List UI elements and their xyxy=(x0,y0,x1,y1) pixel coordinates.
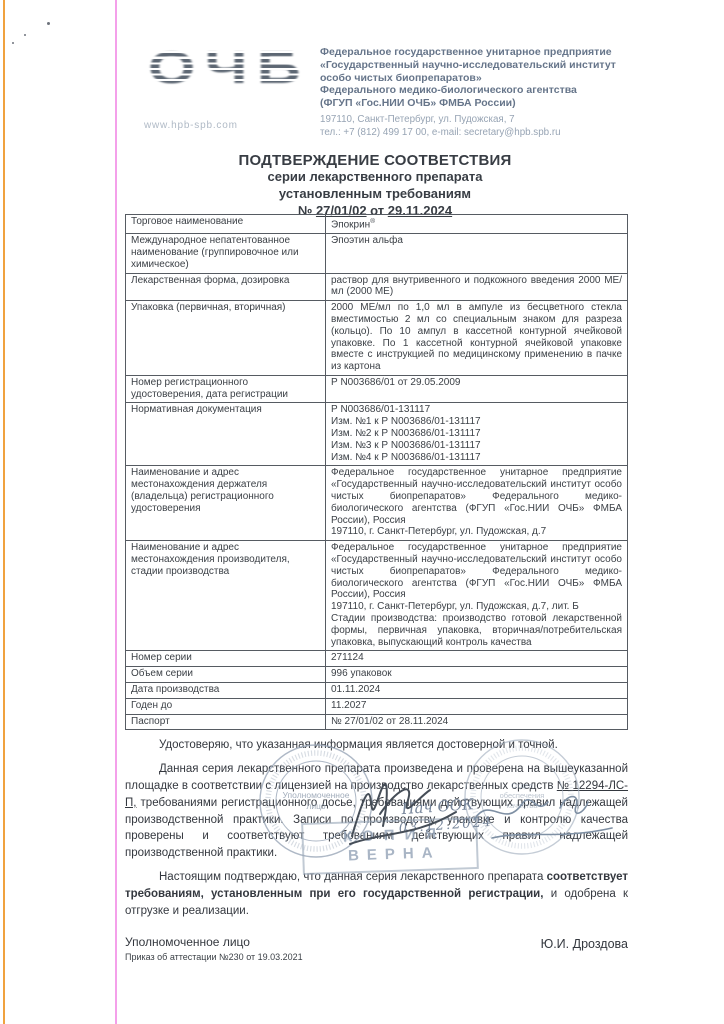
authorized-person-role: Уполномоченное лицо xyxy=(125,935,303,949)
certify-paragraph-3: Настоящим подтверждаю, что данная серия … xyxy=(125,869,628,919)
org-contact: 197110, Санкт-Петербург, ул. Пудожская, … xyxy=(320,114,640,140)
table-value: 01.11.2024 xyxy=(326,683,628,699)
org-phone-email: тел.: +7 (812) 499 17 00, e-mail: secret… xyxy=(320,127,640,140)
table-value: 271124 xyxy=(326,651,628,667)
table-label: Наименование и адрес местонахождения дер… xyxy=(126,466,326,541)
org-name-line: (ФГУП «Гос.НИИ ОЧБ» ФМБА России) xyxy=(320,97,640,110)
table-value: раствор для внутривенного и подкожного в… xyxy=(326,273,628,301)
edge-line-orange xyxy=(3,0,5,1024)
table-value: 996 упаковок xyxy=(326,667,628,683)
table-row: Паспорт № 27/01/02 от 28.11.2024 xyxy=(126,714,628,730)
table-label: Торговое наименование xyxy=(126,215,326,234)
table-value: Эпокрин® xyxy=(326,215,628,234)
details-table: Торговое наименование Эпокрин® Междунаро… xyxy=(125,214,628,730)
certify-paragraph-1: Удостоверяю, что указанная информация яв… xyxy=(125,737,628,754)
table-value: 11.2027 xyxy=(326,698,628,714)
dust-speck xyxy=(24,34,26,36)
edge-line-pink xyxy=(115,0,117,1024)
table-value: Эпоэтин альфа xyxy=(326,234,628,273)
table-row: Годен до 11.2027 xyxy=(126,698,628,714)
table-label: Лекарственная форма, дозировка xyxy=(126,273,326,301)
table-label: Международное непатентованное наименован… xyxy=(126,234,326,273)
dust-speck xyxy=(47,22,50,25)
doc-subtitle: установленным требованиям xyxy=(120,186,630,203)
table-row: Наименование и адрес местонахождения дер… xyxy=(126,466,628,541)
org-name-line: «Государственный научно-исследовательски… xyxy=(320,59,640,72)
certify-paragraph-3-text: Настоящим подтверждаю, что данная серия … xyxy=(159,871,547,883)
table-label: Паспорт xyxy=(126,714,326,730)
institute-logo: ОЧБ xyxy=(148,42,318,100)
table-value: № 27/01/02 от 28.11.2024 xyxy=(326,714,628,730)
trade-name: Эпокрин xyxy=(331,219,370,230)
table-value: Р N003686/01 от 29.05.2009 xyxy=(326,375,628,403)
signature-row: Уполномоченное лицо Приказ об аттестации… xyxy=(125,935,628,962)
table-value: Р N003686/01-131117 Изм. №1 к Р N003686/… xyxy=(326,403,628,466)
table-row: Дата производства 01.11.2024 xyxy=(126,683,628,699)
table-row: Объем серии 996 упаковок xyxy=(126,667,628,683)
org-address: 197110, Санкт-Петербург, ул. Пудожская, … xyxy=(320,114,640,127)
table-row: Номер серии 271124 xyxy=(126,651,628,667)
table-label: Упаковка (первичная, вторичная) xyxy=(126,301,326,376)
table-row: Наименование и адрес местонахождения про… xyxy=(126,541,628,651)
doc-title: ПОДТВЕРЖДЕНИЕ СООТВЕТСТВИЯ xyxy=(120,152,630,169)
table-row: Торговое наименование Эпокрин® xyxy=(126,215,628,234)
dust-speck xyxy=(12,42,14,44)
signature-left: Уполномоченное лицо Приказ об аттестации… xyxy=(125,935,303,962)
org-name-line: особо чистых биопрепаратов» xyxy=(320,72,640,85)
table-label: Номер регистрационного удостоверения, да… xyxy=(126,375,326,403)
table-value: Федеральное государственное унитарное пр… xyxy=(326,466,628,541)
table-value: 2000 МЕ/мл по 1,0 мл в ампуле из бесцвет… xyxy=(326,301,628,376)
table-row: Нормативная документация Р N003686/01-13… xyxy=(126,403,628,466)
doc-title-block: ПОДТВЕРЖДЕНИЕ СООТВЕТСТВИЯ серии лекарст… xyxy=(120,152,630,218)
certify-paragraph-2-text: Данная серия лекарственного препарата пр… xyxy=(125,763,628,792)
table-label: Годен до xyxy=(126,698,326,714)
attestation-order: Приказ об аттестации №230 от 19.03.2021 xyxy=(125,952,303,962)
institute-logo-glyphs: ОЧБ xyxy=(148,42,310,94)
table-label: Номер серии xyxy=(126,651,326,667)
table-label: Дата производства xyxy=(126,683,326,699)
website-url: www.hpb-spb.com xyxy=(144,120,238,131)
document-body: Торговое наименование Эпокрин® Междунаро… xyxy=(125,214,628,962)
signatory-name: Ю.И. Дроздова xyxy=(541,935,628,962)
table-label: Объем серии xyxy=(126,667,326,683)
doc-subtitle: серии лекарственного препарата xyxy=(120,169,630,186)
org-name: Федеральное государственное унитарное пр… xyxy=(320,46,640,110)
org-name-line: Федеральное государственное унитарное пр… xyxy=(320,46,640,59)
org-name-line: Федерального медико-биологического агент… xyxy=(320,84,640,97)
certify-paragraph-2-text: требованиями регистрационного досье, тре… xyxy=(125,797,628,859)
table-row: Упаковка (первичная, вторичная) 2000 МЕ/… xyxy=(126,301,628,376)
table-row: Лекарственная форма, дозировка раствор д… xyxy=(126,273,628,301)
table-label: Нормативная документация xyxy=(126,403,326,466)
table-row: Номер регистрационного удостоверения, да… xyxy=(126,375,628,403)
certify-paragraph-2: Данная серия лекарственного препарата пр… xyxy=(125,761,628,862)
table-row: Международное непатентованное наименован… xyxy=(126,234,628,273)
registered-mark: ® xyxy=(370,218,375,225)
table-label: Наименование и адрес местонахождения про… xyxy=(126,541,326,651)
table-value: Федеральное государственное унитарное пр… xyxy=(326,541,628,651)
